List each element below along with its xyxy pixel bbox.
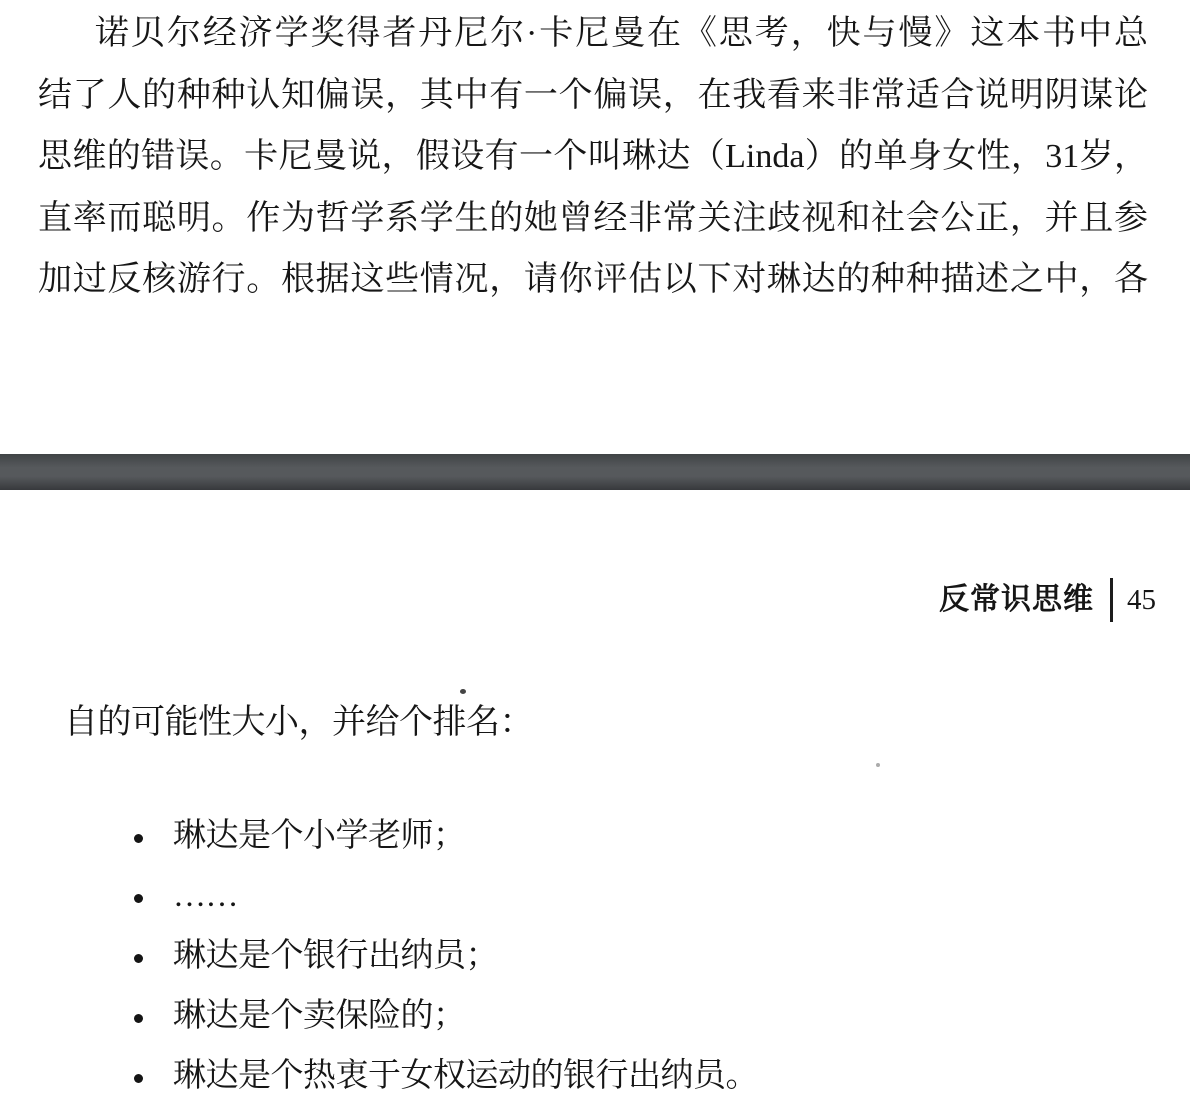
scan-speck bbox=[460, 689, 466, 694]
book-page-scan: 诺贝尔经济学奖得者丹尼尔·卡尼曼在《思考，快与慢》这本书中总 结了人的种种认知偏… bbox=[0, 0, 1190, 1106]
paragraph-line: 直率而聪明。作为哲学系学生的她曾经非常关注歧视和社会公正，并且参 bbox=[38, 188, 1148, 250]
list-item: 琳达是个银行出纳员； bbox=[134, 926, 1034, 986]
page-number: 45 bbox=[1127, 583, 1156, 617]
bullet-icon bbox=[134, 1014, 143, 1023]
list-item: 琳达是个卖保险的； bbox=[134, 986, 1034, 1046]
ranking-list: 琳达是个小学老师； …… 琳达是个银行出纳员； 琳达是个卖保险的； 琳达是个热衷… bbox=[134, 806, 1034, 1106]
page-header: 反常识思维 45 bbox=[939, 578, 1156, 622]
list-item-text: 琳达是个小学老师； bbox=[173, 816, 466, 856]
scan-speck bbox=[876, 763, 880, 767]
bullet-icon bbox=[134, 894, 143, 903]
list-item-text: 琳达是个卖保险的； bbox=[173, 996, 466, 1036]
paragraph-line: 思维的错误。卡尼曼说，假设有一个叫琳达（Linda）的单身女性，31岁， bbox=[38, 126, 1148, 188]
header-divider-line bbox=[1110, 578, 1113, 622]
list-item-text: 琳达是个热衷于女权运动的银行出纳员。 bbox=[173, 1056, 758, 1096]
continuation-line: 自的可能性大小，并给个排名： bbox=[64, 700, 533, 746]
list-item: 琳达是个热衷于女权运动的银行出纳员。 bbox=[134, 1046, 1034, 1106]
list-item: 琳达是个小学老师； bbox=[134, 806, 1034, 866]
section-title: 反常识思维 bbox=[939, 583, 1094, 617]
body-paragraph: 诺贝尔经济学奖得者丹尼尔·卡尼曼在《思考，快与慢》这本书中总 结了人的种种认知偏… bbox=[38, 3, 1148, 311]
bullet-icon bbox=[134, 1074, 143, 1083]
bullet-icon bbox=[134, 954, 143, 963]
list-item-text: 琳达是个银行出纳员； bbox=[173, 936, 498, 976]
bullet-icon bbox=[134, 834, 143, 843]
page-break-shadow-bar bbox=[0, 454, 1190, 490]
paragraph-line: 结了人的种种认知偏误，其中有一个偏误，在我看来非常适合说明阴谋论 bbox=[38, 65, 1148, 127]
paragraph-line: 加过反核游行。根据这些情况，请你评估以下对琳达的种种描述之中，各 bbox=[38, 249, 1148, 311]
list-item: …… bbox=[134, 866, 1034, 926]
list-item-text: …… bbox=[173, 876, 238, 916]
paragraph-line: 诺贝尔经济学奖得者丹尼尔·卡尼曼在《思考，快与慢》这本书中总 bbox=[38, 3, 1148, 65]
